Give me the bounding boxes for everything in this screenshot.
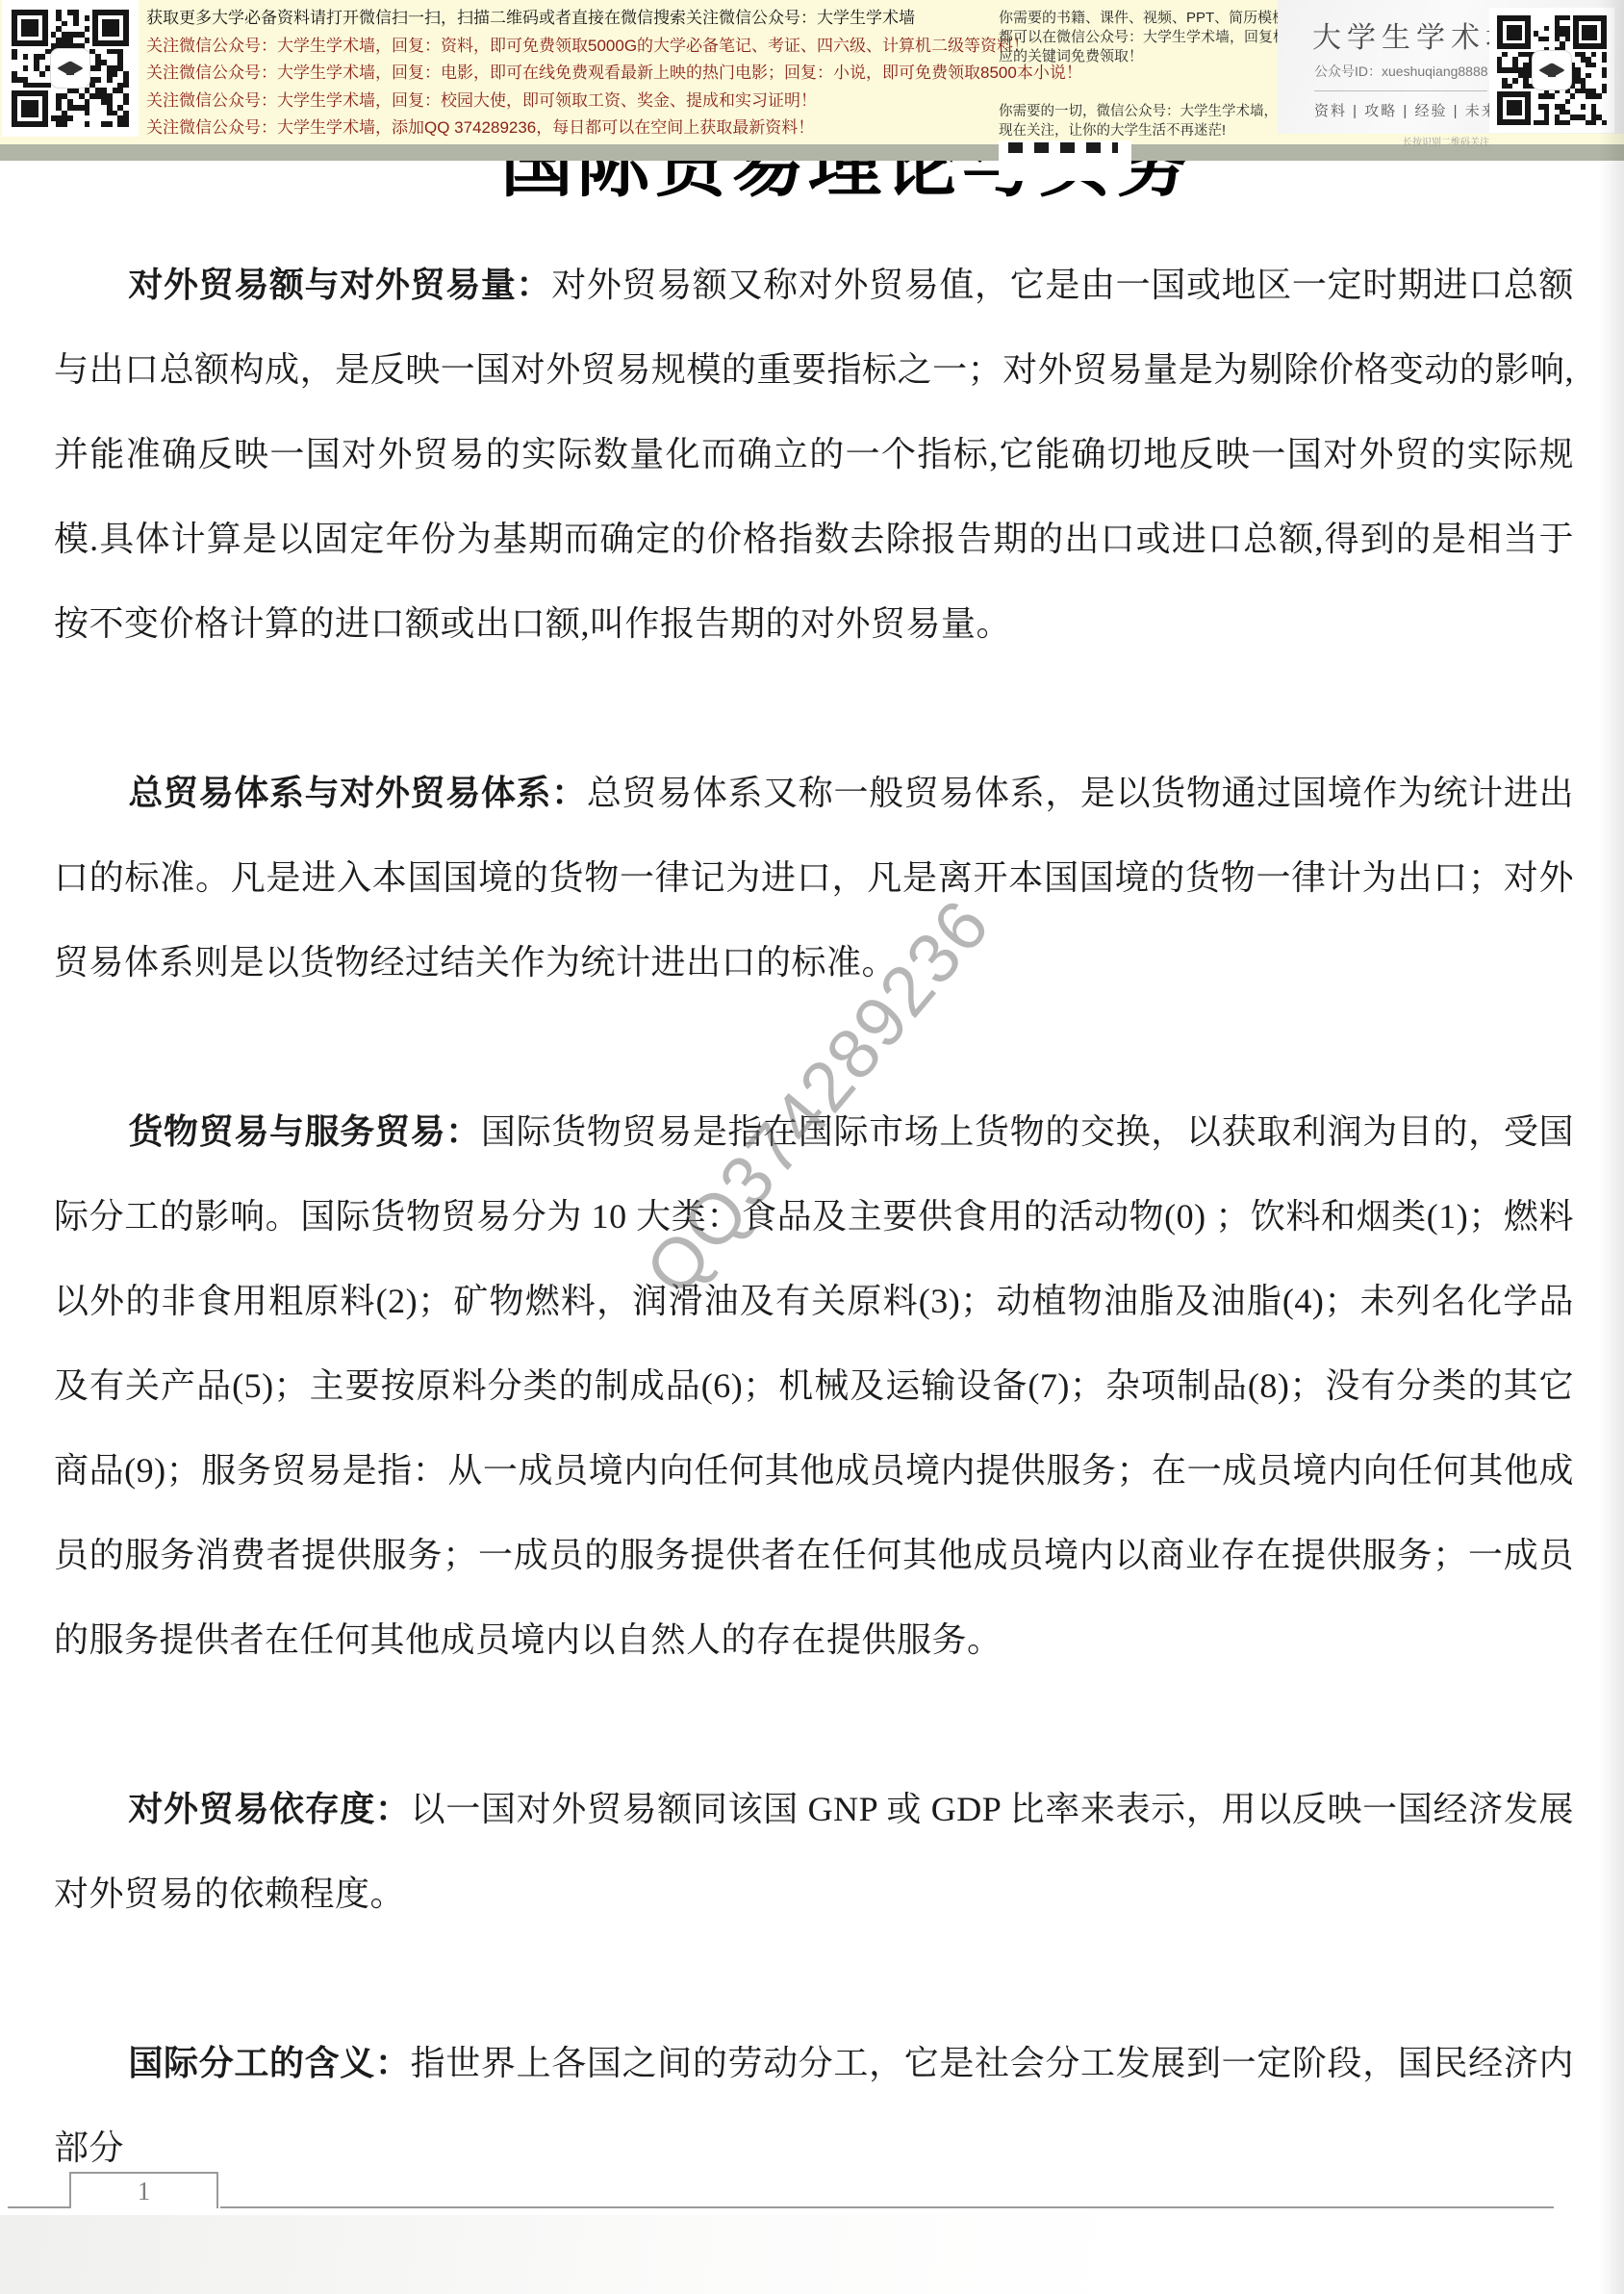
paragraph: 对外贸易额与对外贸易量：对外贸易额又称对外贸易值，它是由一国或地区一定时期进口总… bbox=[54, 242, 1574, 666]
paragraph-lead: 国际分工的含义： bbox=[128, 2044, 410, 2082]
footer-rule-right bbox=[220, 2206, 1554, 2208]
banner-middle-note: 你需要的书籍、课件、视频、PPT、简历模板都可以在微信公众号：大学生学术墙，回复… bbox=[999, 9, 1287, 66]
scan-strip bbox=[0, 144, 1624, 161]
paragraph: 国际分工的含义：指世界上各国之间的劳动分工，它是社会分工发展到一定阶段，国民经济… bbox=[54, 2021, 1574, 2190]
page-number: 1 bbox=[138, 2177, 151, 2206]
scanned-document-page: 国际贸易理论与实务 获取更多大学必备资料请打开微信扫一扫，扫描二维码或者直接在微… bbox=[0, 0, 1624, 2294]
account-id: 公众号ID：xueshuqiang8888 bbox=[1314, 62, 1488, 81]
card-divider bbox=[1314, 90, 1487, 91]
banner-line: 关注微信公众号：大学生学术墙，回复：资料，即可免费领取5000G的大学必备笔记、… bbox=[146, 33, 1002, 61]
banner-middle-note-2: 你需要的一切，微信公众号：大学生学术墙，都有! 现在关注，让你的大学生活不再迷茫… bbox=[999, 102, 1316, 140]
banner-middle-note-2-line1: 你需要的一切，微信公众号：大学生学术墙，都有! bbox=[999, 102, 1316, 121]
paragraph-lead: 对外贸易依存度： bbox=[128, 1790, 410, 1828]
wechat-qr-code-left bbox=[8, 6, 133, 131]
wechat-qr-code-right bbox=[1493, 12, 1611, 129]
paragraph-lead: 货物贸易与服务贸易： bbox=[128, 1112, 481, 1151]
paragraph: 对外贸易依存度：以一国对外贸易额同该国 GNP 或 GDP 比率来表示，用以反映… bbox=[54, 1767, 1574, 1936]
paragraph: 总贸易体系与对外贸易体系：总贸易体系又称一般贸易体系，是以货物通过国境作为统计进… bbox=[54, 751, 1574, 1005]
account-name: 大学生学术墙 bbox=[1312, 13, 1520, 56]
qr-caption: 长按识别二维码关注 bbox=[1403, 134, 1489, 148]
account-tags: 资料 | 攻略 | 经验 | 未来 bbox=[1314, 100, 1498, 120]
paragraph-lead: 对外贸易额与对外贸易量： bbox=[128, 266, 551, 304]
page-number-tab: 1 bbox=[69, 2172, 218, 2208]
banner-line: 关注微信公众号：大学生学术墙，回复：电影，即可在线免费观看最新上映的热门电影；回… bbox=[146, 60, 1002, 88]
scan-shadow-right-edge bbox=[1599, 0, 1624, 2294]
banner-text-block: 获取更多大学必备资料请打开微信扫一扫，扫描二维码或者直接在微信搜索关注微信公众号… bbox=[146, 5, 1002, 142]
footer-rule-left bbox=[8, 2206, 69, 2208]
banner-middle-note-2-line2: 现在关注，让你的大学生活不再迷茫! bbox=[999, 121, 1316, 140]
paragraph-text: 对外贸易额又称对外贸易值，它是由一国或地区一定时期进口总额与出口总额构成，是反映… bbox=[54, 266, 1574, 643]
paragraph-lead: 总贸易体系与对外贸易体系： bbox=[128, 774, 586, 812]
banner-line: 获取更多大学必备资料请打开微信扫一扫，扫描二维码或者直接在微信搜索关注微信公众号… bbox=[146, 5, 1002, 33]
scan-artifact bbox=[999, 140, 1131, 181]
banner-line: 关注微信公众号：大学生学术墙，回复：校园大使，即可领取工资、奖金、提成和实习证明… bbox=[146, 88, 1002, 115]
banner-line: 关注微信公众号：大学生学术墙，添加QQ 374289236，每日都可以在空间上获… bbox=[146, 115, 1002, 142]
document-body: 对外贸易额与对外贸易量：对外贸易额又称对外贸易值，它是由一国或地区一定时期进口总… bbox=[54, 242, 1574, 2275]
